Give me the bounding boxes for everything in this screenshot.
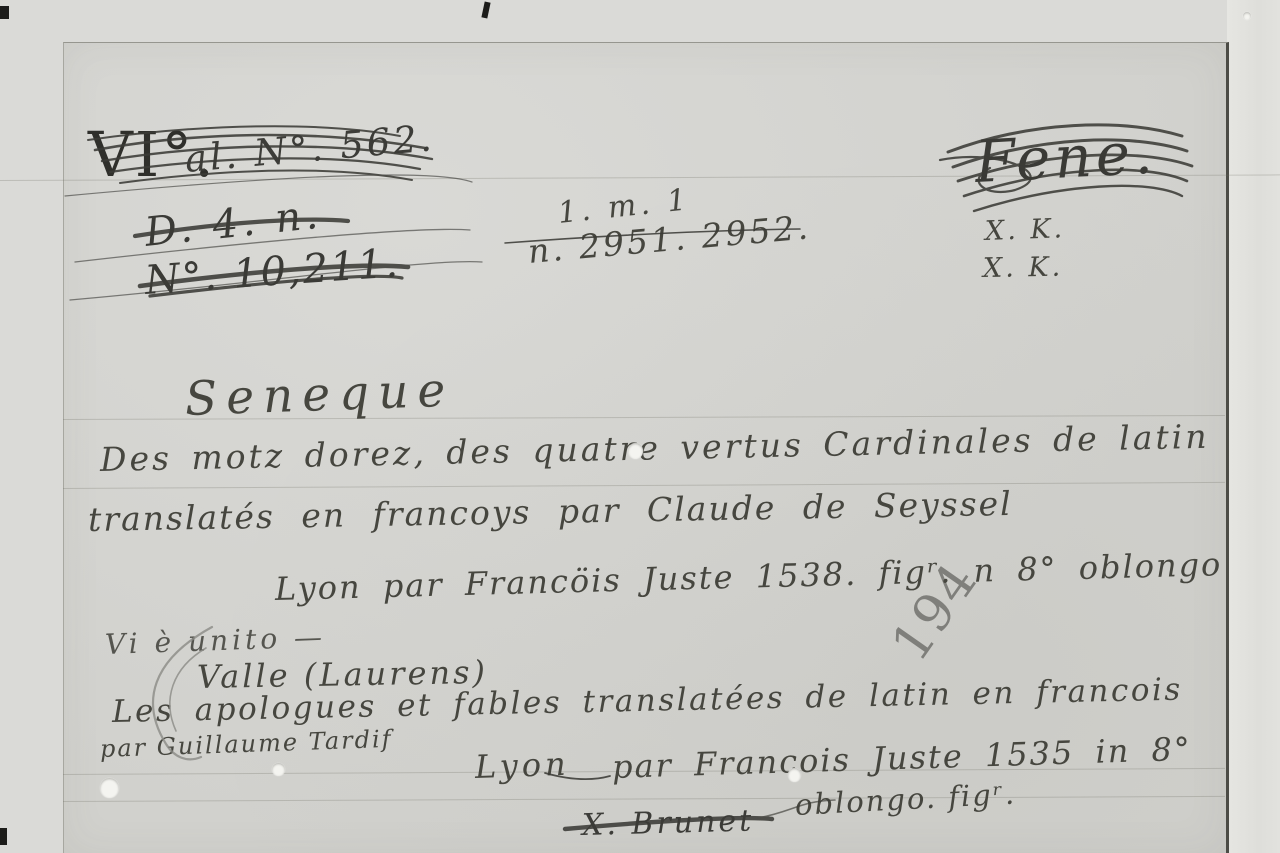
scribble-stroke bbox=[953, 140, 1187, 167]
scribble-stroke bbox=[65, 175, 472, 196]
catalog-card-scan: VI°. al. N°. 562. D. 4. n. N°. 10,211. 1… bbox=[0, 0, 1280, 853]
underline-stroke bbox=[505, 229, 800, 243]
scribble-stroke bbox=[120, 171, 412, 183]
scribble-stroke bbox=[940, 157, 1031, 192]
dash-stroke bbox=[545, 773, 610, 779]
strike-stroke bbox=[135, 220, 348, 236]
scribble-overlay bbox=[0, 0, 1280, 853]
pencil-curve bbox=[153, 627, 212, 759]
flourish-stroke bbox=[758, 800, 835, 818]
scribble-stroke bbox=[974, 186, 1182, 211]
scribble-stroke bbox=[948, 125, 1182, 152]
pencil-curve bbox=[170, 648, 206, 731]
strike-stroke bbox=[70, 262, 482, 300]
strike-stroke bbox=[565, 818, 772, 829]
